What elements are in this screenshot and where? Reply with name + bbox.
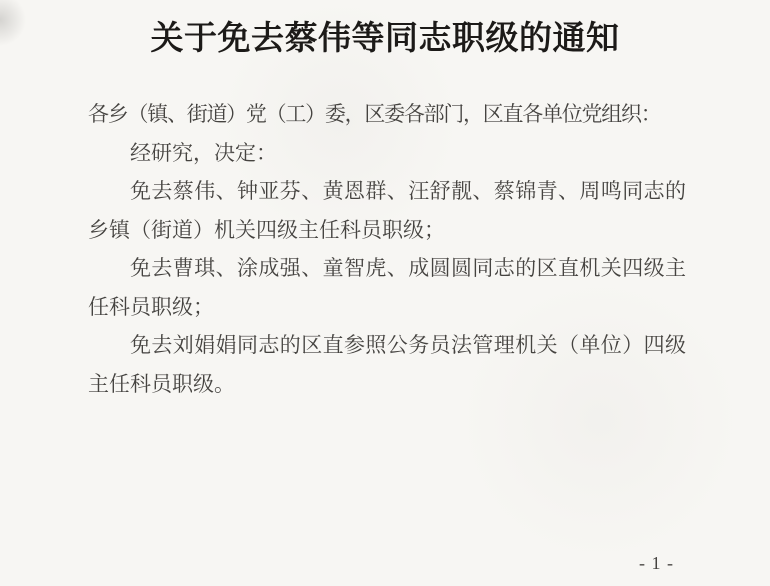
notice-title: 关于免去蔡伟等同志职级的通知 [0, 0, 770, 57]
scanned-notice-page: 关于免去蔡伟等同志职级的通知 各乡（镇、街道）党（工）委，区委各部门，区直各单位… [0, 0, 770, 586]
notice-body: 各乡（镇、街道）党（工）委，区委各部门，区直各单位党组织： 经研究，决定： 免去… [88, 95, 686, 403]
notice-paragraph-decision: 经研究，决定： [88, 134, 686, 173]
notice-paragraph-civil-service-law-removal: 免去刘娟娟同志的区直参照公务员法管理机关（单位）四级主任科员职级。 [88, 326, 686, 403]
notice-paragraph-district-removals: 免去曹琪、涂成强、童智虎、成圆圆同志的区直机关四级主任科员职级； [88, 249, 686, 326]
page-number: - 1 - [639, 553, 674, 574]
notice-paragraph-township-removals: 免去蔡伟、钟亚芬、黄恩群、汪舒靓、蔡锦青、周鸣同志的乡镇（街道）机关四级主任科员… [88, 172, 686, 249]
salutation-line: 各乡（镇、街道）党（工）委，区委各部门，区直各单位党组织： [88, 95, 686, 134]
